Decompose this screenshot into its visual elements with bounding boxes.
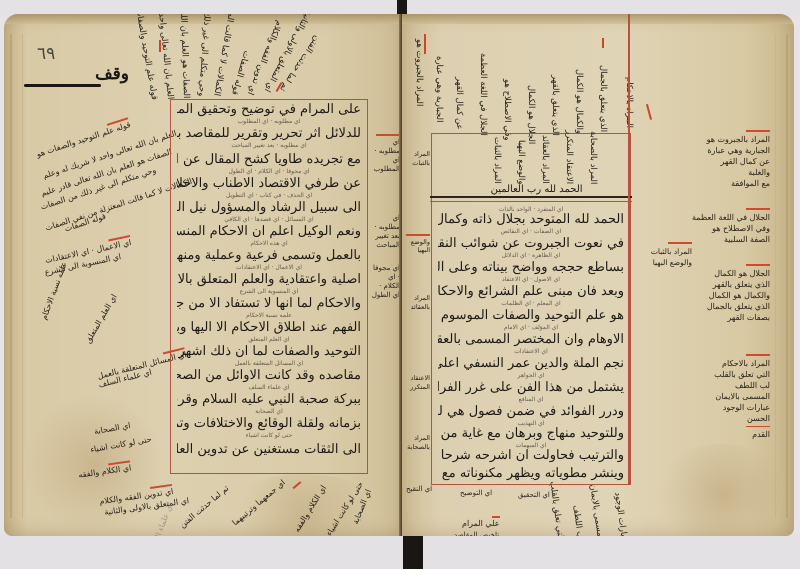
bismillah-heading: الحمد لله رب العالمين [491,184,583,195]
right-margin-gloss: المراد بالثبات والوضع البهيا [632,242,692,268]
gloss-line: المراد بالاحكام [640,358,770,369]
inner-margin-gloss: المراد بالثبات [404,150,430,167]
heading-rule [430,196,632,198]
main-text-line: نجم الملة والدين عمر النسفي اعلى الله در… [438,356,624,372]
top-margin-gloss: المراد بالجبروت هو [414,28,424,106]
interlinear-gloss: اي الاصول · اي الاعتقاد [446,276,616,283]
interlinear-gloss: اي المؤلف · اي الامام [446,324,616,331]
bottom-margin-gloss: اي النقيح [406,484,432,494]
main-text-line: الفهم عند اطلاق الاحكام الا اليها وبالثا… [177,320,361,336]
main-text-line: وللتوحيد منهاج وبرهان مع غاية من التنقيح… [438,426,624,442]
interlinear-gloss: حتى لو كانت اشياء [185,432,353,439]
interlinear-gloss: اي الاعتقادات [446,348,616,355]
heading-band: الحمد لله رب العالمين [430,186,632,204]
main-text-line: وينشر مطوياته ويظهر مكنوناته مع توجيه لل… [438,466,624,482]
inner-margin-gloss: والوضع البهيا [404,234,430,255]
gloss-line: الجلال في اللغة العظمة [660,212,770,223]
interlinear-gloss: اي مطلوبه · بعد تغيير المباحث [185,142,353,149]
interlinear-gloss: اي مجوفا · اي الكلام · اي الطول [185,168,353,175]
heading-rule-red [430,201,632,202]
top-margin-gloss: والكمال هو الكمال [574,34,584,134]
interlinear-gloss: اي الاعمال · اي الاعتقادات [185,264,353,271]
gloss-line: القدم [640,429,770,440]
main-text-line: التوحيد والصفات لما ان ذلك اشهر مباحثه و… [177,344,361,360]
interlinear-gloss: اي الظاهرة · اي الدلائل [446,252,616,259]
main-text-frame: على المرام في توضيح وتحقيق المسائل بحسب … [170,99,368,474]
top-margin-gloss: الكمالات لا كما قالت المعتزلة من نفي الص… [211,42,230,97]
inner-margin-gloss: الاعتقاد المتكرر [404,374,430,391]
right-margin-gloss: الجلال هو الكمال الذي يتعلق بالقهر والكم… [660,264,770,323]
right-margin-gloss: المراد بالجبروت هو الجبارية وهي عبارة عن… [640,130,770,189]
folio-number: ٦٩ [37,44,55,64]
main-text-line: بساطع حججه وواضح بيناته وعلى آله وصحابه … [438,260,624,276]
frame-top-gloss: المراد بالثبات [492,140,502,184]
main-text-frame: المراد بالثبات والوضع البهيا المراد بالع… [431,133,631,485]
bottom-margin-gloss: تلخيص المقاصد [454,530,499,536]
main-text-line: عن طرفي الاقتصاد الاطناب والاخلال والله … [177,176,361,192]
top-margin-gloss: الذي يتعلق بالجمال [598,36,608,132]
gloss-line: الحسن [640,413,770,424]
spine-binding-bottom [403,532,423,569]
gloss-line: والكمال هو الكمال [660,290,770,301]
main-text-line: الى الثقات مستغنين عن تدوين العلمين وترت… [177,442,361,458]
interlinear-gloss: اي الصفات · اي النقائص [446,228,616,235]
main-text-line: الحمد لله المتوحد بجلال ذاته وكمال صفاته… [438,212,624,228]
gloss-line: المسمى بالايمان [640,391,770,402]
page-edge-stack [775,34,788,518]
top-margin-gloss: عن كمال القهر [454,34,464,130]
interlinear-gloss: اي الجواهر [446,372,616,379]
bottom-margin-gloss: علي المرام [462,516,500,529]
right-margin-gloss: المراد بالاحكام التي تعلق بالقلب لب اللط… [640,354,770,440]
inner-margin-gloss: المراد بالصحابة [404,434,430,451]
frame-top-gloss: المراد بالعقائد [540,140,550,184]
main-text-line: ودرر الفوائد في ضمن فصول هي للدين قواعد … [438,404,624,420]
bottom-margin-gloss: المسمى بالايمان [589,494,606,536]
interlinear-gloss: اي مطلوبه · اي المطلوب [185,118,353,125]
gloss-line: المراد بالثبات [632,246,692,257]
gloss-line: والوضع البهيا [632,257,692,268]
top-margin-gloss: الجلال في اللغة العظمة [478,36,488,136]
interlinear-gloss: اي الصحابة [185,408,353,415]
main-text-line: ببركة صحبة النبي عليه السلام وقرب العهد [177,392,361,408]
interlinear-gloss: اي المعلم · اي الظلمات [446,300,616,307]
main-text-line: في نعوت الجبروت عن شوائب النقص وسماته وا… [438,236,624,252]
interlinear-gloss: علمه نسبة الاحكام [185,312,353,319]
bottom-margin-gloss: لب اللطف [569,492,586,536]
interlinear-gloss: اي المسائل · اي قصدها · اي الكافي [185,216,353,223]
top-margin-gloss: العلم بان الله تعالى واحد لا شريك له وعل… [159,38,175,101]
frame-ruling-vertical [628,14,630,484]
gloss-line: الذي يتعلق بالقهر [660,279,770,290]
main-text-line: على المرام في توضيح وتحقيق المسائل بحسب … [177,102,361,118]
gloss-line: بصفات القهر [660,312,770,323]
top-margin-gloss: وحي متكلم الى غير ذلك من الصفات [196,40,210,97]
top-margin-gloss: الذي يتعلق بالقهر [550,36,560,136]
interlinear-gloss: اي المنافع [446,396,616,403]
rubric-tick [424,34,426,54]
left-page: ٦٩ وقف قوله علم التوحيد والصفات هو العلم… [4,14,402,536]
gloss-line: عن كمال القهر [640,156,770,167]
inner-margin-gloss: المراد بالعقائد [404,294,430,311]
frame-top-gloss: المراد بالصحابة [588,140,598,184]
bottom-margin-gloss: اي التوضيح [460,488,492,498]
left-margin-gloss: اي العلم المتعلق [83,293,119,346]
bottom-margin-gloss: عبارات الوجود [613,496,629,536]
gloss-line: الجبارية وهي عبارة [640,145,770,156]
main-text-line: وبعد فان مبنى علم الشرائع والاحكام واساس… [438,284,624,300]
main-text-line: بالعمل وتسمى فرعية وعملية ومنها ما يتعلق… [177,248,361,264]
top-margin-gloss: الجلال هو الكمال [526,36,536,144]
inner-margin-gloss: اي مجوفا · اي الكلام · اي الطول [370,264,400,300]
gloss-line: والغلبة [640,167,770,178]
bottom-margin-gloss: ثم لما حدثت الفتن [178,484,231,531]
main-text-line: للدلائل اثر تحرير وتقرير للمقاصد بعد تهذ… [177,126,361,142]
background-bottom [0,534,800,569]
rubric-tick [159,40,161,52]
main-text-line: اصلية واعتقادية والعلم المتعلق بالاولى ي… [177,272,361,288]
main-text-line: مع تجريده طاويا كشح المقال عن الاطالة وا… [177,152,361,168]
top-margin-gloss: الجبارية وهي عبارة [434,32,444,122]
right-margin-gloss: الجلال في اللغة العظمة وفي الاصطلاح هو ا… [660,208,770,245]
waqf-word: وقف [95,64,129,84]
main-text-line: مقاصده وقد كانت الاوائل من الصحابة والتا… [177,368,361,384]
waqf-flourish [24,84,101,87]
rubric-tick [602,38,604,48]
interlinear-gloss: اي المسائل المتعلقة بالعمل [185,360,353,367]
top-margin-gloss: الصفات هو العلم بان الله تعالى قادر عليم [179,38,191,98]
gloss-line: المراد بالجبروت هو [640,134,770,145]
main-text-line: ونعم الوكيل اعلم ان الاحكام المنسوبة الى… [177,224,361,240]
water-stain [652,444,792,536]
main-text-line: بزمانه ولقلة الوقائع والاختلافات وتمكنهم… [177,416,361,432]
top-margin-gloss: وفي الاصطلاح هو [502,36,512,140]
water-stain [24,394,164,534]
top-margin-gloss: قوله علم التوحيد والصفات هو [139,40,159,101]
rubric-tick [646,104,652,120]
gloss-line: الجلال هو الكمال [660,268,770,279]
manuscript-spread: ٦٩ وقف قوله علم التوحيد والصفات هو العلم… [0,0,800,569]
bottom-margin-gloss: التي تعلق بالقلب [549,490,566,536]
main-text-line: يشتمل من هذا الفن على غرر الفرائد [438,380,624,396]
interlinear-gloss: اي العلم المتعلق [185,336,353,343]
frame-top-gloss: والوضع البهيا [516,140,526,184]
right-page: المراد بالجبروت هو الجبارية وهي عبارة عن… [402,14,794,536]
main-text-line: والترتيب فحاولت ان اشرحه شرحا يفصل مجملا… [438,448,624,464]
gloss-line: التي تعلق بالقلب [640,369,770,380]
inner-margin-gloss: اي مطلوبه · بعد تغيير المباحث [370,214,400,250]
interlinear-gloss: اي المنسوبة الى الشرع [185,288,353,295]
bottom-margin-gloss: اي التحقيق [518,490,550,500]
gloss-line: مع الموافقة [640,178,770,189]
interlinear-gloss: اي علماء السلف [185,384,353,391]
main-text-line: والاحكام لما انها لا تستفاد الا من جهة ا… [177,296,361,312]
gloss-line: لب اللطف [640,380,770,391]
interlinear-gloss: اي هذه الاحكام [185,240,353,247]
frame-top-gloss: الاعتقاد المتكرر [564,140,574,184]
main-text-line: هو علم التوحيد والصفات الموسوم بالكلام ا… [438,308,624,324]
main-text-line: الاوهام وان المختصر المسمى بالعقائد للام… [438,332,624,348]
gloss-line: عبارات الوجود [640,402,770,413]
interlinear-gloss: اي الحذف · في كتاب · اي التطويل [185,192,353,199]
gloss-line: الذي يتعلق بالجمال [660,301,770,312]
inner-margin-gloss: اي مطلوبه · اي المطلوب [370,134,400,174]
waqf-mark: وقف [24,64,129,90]
main-text-line: الى سبيل الرشاد والمسؤول نيل العصمة والس… [177,200,361,216]
page-edge-stack [10,34,23,518]
gloss-line: وفي الاصطلاح هو [660,223,770,234]
page-top-edge [402,14,794,24]
